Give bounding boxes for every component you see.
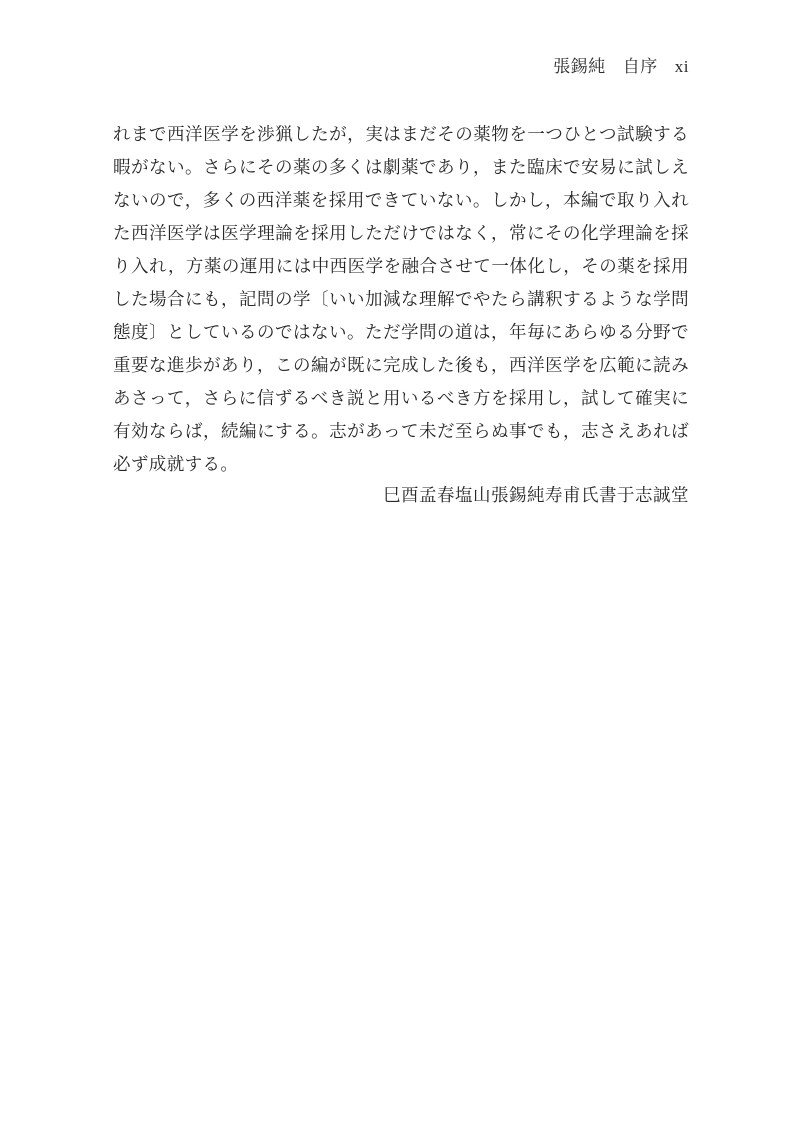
body-line: 必ず成就する。: [113, 448, 689, 481]
body-line: り入れ，方薬の運用には中西医学を融合させて一体化し，その薬を採用: [113, 250, 689, 283]
body-line: た西洋医学は医学理論を採用しただけではなく，常にその化学理論を採: [113, 217, 689, 250]
body-line: 重要な進歩があり，この編が既に完成した後も，西洋医学を広範に読み: [113, 349, 689, 382]
running-header: 張錫純自序xi: [113, 55, 689, 79]
page-number: xi: [675, 57, 689, 76]
body-line: れまで西洋医学を渉猟したが，実はまだその薬物を一つひとつ試験する: [113, 118, 689, 151]
header-section: 自序: [623, 57, 658, 76]
body-line: あさって，さらに信ずるべき説と用いるべき方を採用し，試して確実に: [113, 382, 689, 415]
body-text: れまで西洋医学を渉猟したが，実はまだその薬物を一つひとつ試験する 暇がない。さら…: [113, 118, 689, 481]
body-line: 暇がない。さらにその薬の多くは劇薬であり，また臨床で安易に試しえ: [113, 151, 689, 184]
body-line: した場合にも，記問の学〔いい加減な理解でやたら講釈するような学問: [113, 283, 689, 316]
book-page: 張錫純自序xi れまで西洋医学を渉猟したが，実はまだその薬物を一つひとつ試験する…: [0, 0, 800, 1135]
body-line: ないので，多くの西洋薬を採用できていない。しかし，本編で取り入れ: [113, 184, 689, 217]
signature-line: 巳酉孟春塩山張錫純寿甫氏書于志誠堂: [113, 479, 689, 512]
body-line: 有効ならば，続編にする。志があって未だ至らぬ事でも，志さえあれば: [113, 415, 689, 448]
body-line: 態度〕としているのではない。ただ学問の道は，年毎にあらゆる分野で: [113, 316, 689, 349]
header-author: 張錫純: [553, 57, 606, 76]
